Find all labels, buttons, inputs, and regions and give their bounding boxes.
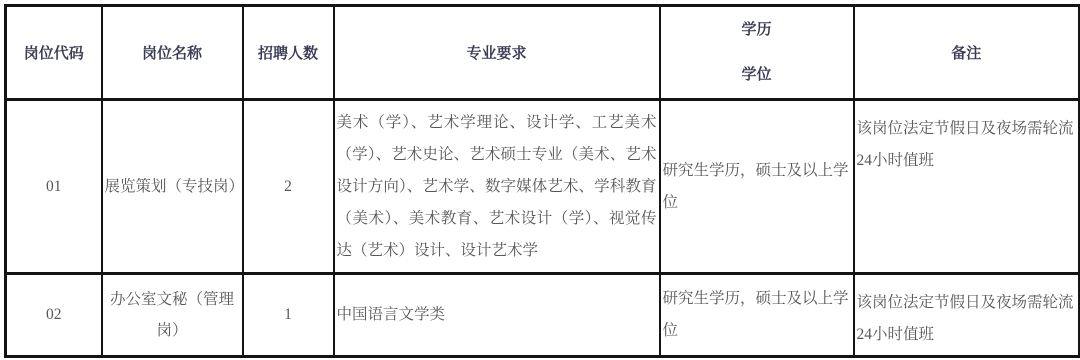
cell-education-degree: 研究生学历，硕士及以上学位 <box>660 274 854 357</box>
header-row: 岗位代码 岗位名称 招聘人数 专业要求 学历 学位 备注 <box>6 6 1080 100</box>
header-recruit-count: 招聘人数 <box>243 6 334 100</box>
table-row-position-01: 01 展览策划（专技岗） 2 美术（学）、艺术学理论、设计学、工艺美术（学）、艺… <box>6 100 1080 274</box>
header-education-degree: 学历 学位 <box>660 6 854 100</box>
cell-major-requirement: 美术（学）、艺术学理论、设计学、工艺美术（学）、艺术史论、艺术硕士专业（美术、艺… <box>334 100 660 274</box>
cell-position-code: 02 <box>6 274 102 357</box>
header-position-name: 岗位名称 <box>102 6 243 100</box>
table-row-position-02: 02 办公室文秘（管理岗） 1 中国语言文学类 研究生学历，硕士及以上学位 该岗… <box>6 274 1080 357</box>
cell-position-name: 办公室文秘（管理岗） <box>102 274 243 357</box>
cell-recruit-count: 1 <box>243 274 334 357</box>
header-position-code: 岗位代码 <box>6 6 102 100</box>
cell-position-name: 展览策划（专技岗） <box>102 100 243 274</box>
cell-education-degree: 研究生学历，硕士及以上学位 <box>660 100 854 274</box>
cell-position-code: 01 <box>6 100 102 274</box>
header-major-requirement: 专业要求 <box>334 6 660 100</box>
cell-recruit-count: 2 <box>243 100 334 274</box>
cell-remark: 该岗位法定节假日及夜场需轮流24小时值班 <box>854 100 1080 274</box>
header-remark: 备注 <box>854 6 1080 100</box>
cell-major-requirement: 中国语言文学类 <box>334 274 660 357</box>
recruitment-table: 岗位代码 岗位名称 招聘人数 专业要求 学历 学位 备注 01 展览策划（专技岗… <box>4 4 1080 358</box>
cell-remark: 该岗位法定节假日及夜场需轮流24小时值班 <box>854 274 1080 357</box>
